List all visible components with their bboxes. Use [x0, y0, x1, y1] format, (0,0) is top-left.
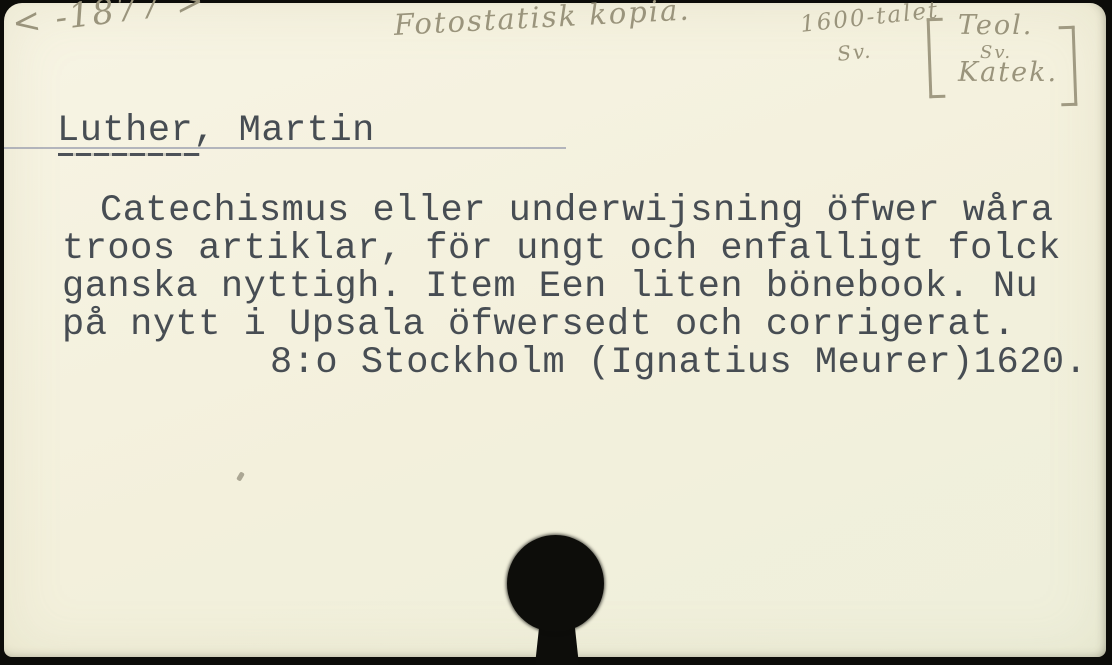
close-bracket-mark [1059, 26, 1078, 107]
pencil-speck [236, 471, 245, 481]
entry-line: på nytt i Upsala öfwersedt och corrigera… [62, 306, 1087, 344]
era-annotation: 1600-talet [799, 0, 940, 38]
copy-type-annotation: Fotostatisk kopia. [393, 0, 691, 42]
card-content: < -1877 > Fotostatisk kopia. 1600-talet … [0, 0, 1112, 665]
open-bracket-mark [927, 18, 946, 99]
entry-line: ganska nyttigh. Item Een liten bönebook.… [62, 268, 1087, 306]
entry-line: troos artiklar, för ungt och enfalligt f… [62, 230, 1087, 268]
author-heading: Luther, Martin [57, 112, 375, 150]
scanned-catalog-card: < -1877 > Fotostatisk kopia. 1600-talet … [0, 0, 1112, 665]
imprint-line: 8:o Stockholm (Ignatius Meurer)1620. [62, 344, 1087, 382]
punch-hole [507, 535, 604, 632]
classification-line: Katek. [958, 57, 1058, 88]
classification-line: Teol. [958, 10, 1033, 41]
bibliographic-entry: Catechismus eller underwijsning öfwer wå… [62, 192, 1087, 382]
author-underline [58, 153, 200, 156]
classification-annotation: Teol. Sv. Katek. [928, 10, 1078, 100]
era-language-annotation: Sv. [836, 38, 873, 66]
date-range-annotation: < -1877 > [10, 0, 208, 44]
entry-line: Catechismus eller underwijsning öfwer wå… [62, 192, 1087, 230]
